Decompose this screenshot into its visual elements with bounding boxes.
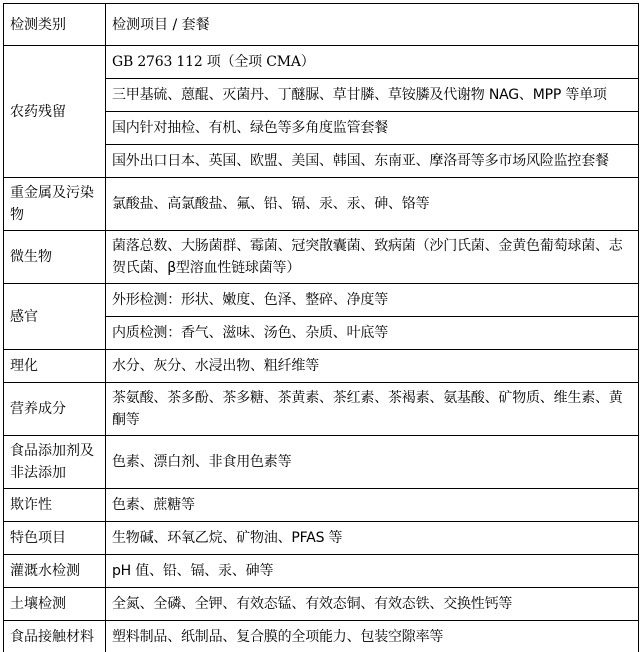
category-cell: 理化 — [4, 350, 106, 383]
category-cell: 重金属及污染物 — [4, 178, 106, 231]
header-items: 检测项目 / 套餐 — [106, 4, 639, 46]
category-cell: 微生物 — [4, 231, 106, 284]
item-cell: 生物碱、环氧乙烷、矿物油、PFAS 等 — [106, 522, 639, 555]
item-cell: 水分、灰分、水浸出物、粗纤维等 — [106, 350, 639, 383]
item-cell: 三甲基硫、蒽醌、灭菌丹、丁醚脲、草甘膦、草铵膦及代谢物 NAG、MPP 等单项 — [106, 79, 639, 112]
category-cell: 食品接触材料 — [4, 621, 106, 652]
item-cell: 塑料制品、纸制品、复合膜的全项能力、包装空隙率等 — [106, 621, 639, 652]
table-row: 理化 水分、灰分、水浸出物、粗纤维等 — [4, 350, 639, 383]
table-row: 欺诈性 色素、蔗糖等 — [4, 489, 639, 522]
item-cell: 国外出口日本、英国、欧盟、美国、韩国、东南亚、摩洛哥等多市场风险监控套餐 — [106, 145, 639, 178]
table-row: 特色项目 生物碱、环氧乙烷、矿物油、PFAS 等 — [4, 522, 639, 555]
item-cell: GB 2763 112 项（全项 CMA） — [106, 46, 639, 79]
item-cell: 全氮、全磷、全钾、有效态锰、有效态铜、有效态铁、交换性钙等 — [106, 588, 639, 621]
item-cell: 色素、漂白剂、非食用色素等 — [106, 436, 639, 489]
table-row: 微生物 菌落总数、大肠菌群、霉菌、冠突散囊菌、致病菌（沙门氏菌、金黄色葡萄球菌、… — [4, 231, 639, 284]
header-category: 检测类别 — [4, 4, 106, 46]
table-row: 重金属及污染物 氯酸盐、高氯酸盐、氟、铅、镉、汞、汞、砷、铬等 — [4, 178, 639, 231]
table-row: 营养成分 茶氨酸、茶多酚、茶多糖、茶黄素、茶红素、茶褐素、氨基酸、矿物质、维生素… — [4, 383, 639, 436]
item-cell: 外形检测：形状、嫩度、色泽、整碎、净度等 — [106, 284, 639, 317]
category-cell: 欺诈性 — [4, 489, 106, 522]
table-row: 土壤检测 全氮、全磷、全钾、有效态锰、有效态铜、有效态铁、交换性钙等 — [4, 588, 639, 621]
testing-items-table: 检测类别 检测项目 / 套餐 农药残留 GB 2763 112 项（全项 CMA… — [3, 3, 639, 652]
table-header-row: 检测类别 检测项目 / 套餐 — [4, 4, 639, 46]
item-cell: 色素、蔗糖等 — [106, 489, 639, 522]
table-row: 感官 外形检测：形状、嫩度、色泽、整碎、净度等 — [4, 284, 639, 317]
item-cell: 氯酸盐、高氯酸盐、氟、铅、镉、汞、汞、砷、铬等 — [106, 178, 639, 231]
category-cell: 农药残留 — [4, 46, 106, 178]
table-row: 农药残留 GB 2763 112 项（全项 CMA） — [4, 46, 639, 79]
category-cell: 营养成分 — [4, 383, 106, 436]
item-cell: 茶氨酸、茶多酚、茶多糖、茶黄素、茶红素、茶褐素、氨基酸、矿物质、维生素、黄酮等 — [106, 383, 639, 436]
table-row: 食品添加剂及非法添加 色素、漂白剂、非食用色素等 — [4, 436, 639, 489]
item-cell: 内质检测：香气、滋味、汤色、杂质、叶底等 — [106, 317, 639, 350]
table-row: 食品接触材料 塑料制品、纸制品、复合膜的全项能力、包装空隙率等 — [4, 621, 639, 652]
category-cell: 土壤检测 — [4, 588, 106, 621]
item-cell: pH 值、铅、镉、汞、砷等 — [106, 555, 639, 588]
category-cell: 灌溉水检测 — [4, 555, 106, 588]
item-cell: 国内针对抽检、有机、绿色等多角度监管套餐 — [106, 112, 639, 145]
item-cell: 菌落总数、大肠菌群、霉菌、冠突散囊菌、致病菌（沙门氏菌、金黄色葡萄球菌、志贺氏菌… — [106, 231, 639, 284]
category-cell: 食品添加剂及非法添加 — [4, 436, 106, 489]
category-cell: 特色项目 — [4, 522, 106, 555]
category-cell: 感官 — [4, 284, 106, 350]
table-row: 灌溉水检测 pH 值、铅、镉、汞、砷等 — [4, 555, 639, 588]
